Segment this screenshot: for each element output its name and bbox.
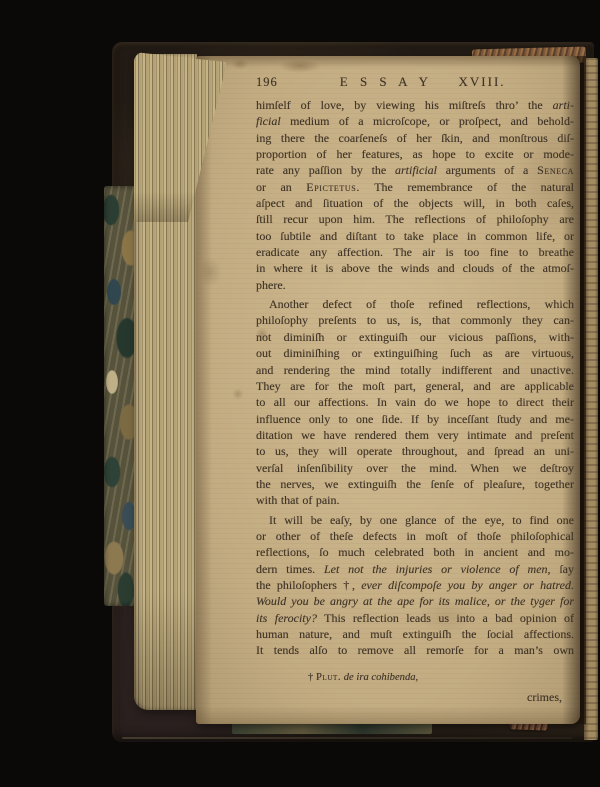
text-run: not diminiſh or extinguiſh our vicious p… — [256, 330, 574, 344]
italic-text: artificial — [395, 163, 437, 177]
italic-text: its ferocity? — [256, 611, 317, 625]
text-line: to us, they will operate throughout, and… — [256, 443, 574, 459]
text-line: philoſophy preſents to us, is, that comm… — [256, 312, 574, 328]
text-run: influence only to one ſide. If by inceſſ… — [256, 412, 574, 426]
text-run: It will be eaſy, by one glance of the ey… — [269, 513, 574, 527]
italic-text: ever diſcompoſe you by anger or hatred. — [361, 578, 574, 592]
text-run: philoſophy preſents to us, is, that comm… — [256, 313, 574, 327]
text-run: dern times. — [256, 562, 324, 576]
text-run: phere. — [256, 278, 286, 292]
text-run: human nature, and muſt extinguiſh the ſo… — [256, 627, 574, 641]
text-line: out diminiſhing or extinguiſhing ſuch as… — [256, 345, 574, 361]
smallcaps-text: Epictetus. — [306, 180, 360, 194]
text-line: influence only to one ſide. If by inceſſ… — [256, 411, 574, 427]
text-line: or an Epictetus. The remembrance of the … — [256, 179, 574, 195]
paragraph: Another defect of thoſe refined reflecti… — [256, 296, 574, 508]
catchword: crimes, — [256, 689, 574, 705]
smallcaps-text: Seneca — [537, 163, 574, 177]
text-run: aſpect and ſituation of the objects will… — [256, 196, 574, 210]
text-run: and rendering the mind totally indiffere… — [256, 363, 574, 377]
italic-text: ficial — [256, 114, 281, 128]
text-line: in where it is above the winds and cloud… — [256, 260, 574, 276]
text-line: too ſubtile and diſtant to take place in… — [256, 228, 574, 244]
text-run: medium of a microſcope, or proſpect, and… — [281, 114, 574, 128]
cover-edge-highlight — [122, 737, 572, 739]
text-run: himſelf of love, by viewing his miſtreſs… — [256, 98, 553, 112]
page-header: 196 E S S A Y XVIII. — [256, 74, 574, 91]
text-line: its ferocity? This reflection leads us i… — [256, 610, 574, 626]
text-line: eradicate any affection. The air is too … — [256, 244, 574, 260]
text-run: Another defect of thoſe refined reflecti… — [269, 297, 574, 311]
text-line: with that of pain. — [256, 492, 574, 508]
text-line: ing there the coarſeneſs of her ſkin, an… — [256, 130, 574, 146]
text-run: rate any paſſion by the — [256, 163, 395, 177]
text-line: the philoſophers †, ever diſcompoſe you … — [256, 577, 574, 593]
text-run: too ſubtile and diſtant to take place in… — [256, 229, 574, 243]
text-line: to all our affections. In vain do we hop… — [256, 394, 574, 410]
text-line: They are for the moſt part, general, and… — [256, 378, 574, 394]
text-run: or an — [256, 180, 306, 194]
text-run: This reflection leads us into a bad opin… — [317, 611, 574, 625]
header-title: E S S A Y — [340, 74, 433, 90]
text-run: ſtill recur upon him. The reflections of… — [256, 212, 574, 226]
text-line: It tends alſo to remove all remorſe for … — [256, 642, 574, 658]
italic-text: Let not the injuries or violence of men, — [324, 562, 551, 576]
facing-page-sliver — [584, 58, 598, 740]
text-run: It tends alſo to remove all remorſe for … — [256, 643, 574, 657]
text-line: himſelf of love, by viewing his miſtreſs… — [256, 97, 574, 113]
text-line: rate any paſſion by the artificial argum… — [256, 162, 574, 178]
text-line: aſpect and ſituation of the objects will… — [256, 195, 574, 211]
text-line: ficial medium of a microſcope, or proſpe… — [256, 113, 574, 129]
text-line: It will be eaſy, by one glance of the ey… — [256, 512, 574, 528]
text-line: or other of theſe defects in moſt of tho… — [256, 528, 574, 544]
text-run: ditation we have rendered them very inti… — [256, 428, 574, 442]
paragraph: It will be eaſy, by one glance of the ey… — [256, 512, 574, 659]
page-number: 196 — [256, 74, 278, 90]
text-run: the nerves, we extinguiſh the ſenſe of p… — [256, 477, 574, 491]
text-line: ditation we have rendered them very inti… — [256, 427, 574, 443]
italic-text: Would you be angry at the ape for its ma… — [256, 594, 574, 608]
text-line: Would you be angry at the ape for its ma… — [256, 593, 574, 609]
text-line: dern times. Let not the injuries or viol… — [256, 561, 574, 577]
text-run: arguments of a — [437, 163, 537, 177]
text-run: reflections, ſo much celebrated both in … — [256, 545, 574, 559]
header-chapter-number: XVIII. — [459, 74, 506, 90]
text-run: to all our affections. In vain do we hop… — [256, 395, 574, 409]
text-run: with that of pain. — [256, 493, 339, 507]
text-line: proportion of her features, as hope to e… — [256, 146, 574, 162]
text-run: The remembrance of the natural — [360, 180, 574, 194]
text-run: proportion of her features, as hope to e… — [256, 147, 574, 161]
book-scan: 196 E S S A Y XVIII. himſelf of love, by… — [0, 0, 600, 787]
text-line: Another defect of thoſe refined reflecti… — [256, 296, 574, 312]
text-run: † — [308, 672, 316, 683]
text-block: himſelf of love, by viewing his miſtreſs… — [256, 97, 574, 659]
text-column: 196 E S S A Y XVIII. himſelf of love, by… — [256, 74, 574, 705]
text-run: in where it is above the winds and cloud… — [256, 261, 574, 275]
text-run: verſal inſenſibility over the mind. When… — [256, 461, 574, 475]
text-line: reflections, ſo much celebrated both in … — [256, 544, 574, 560]
text-run: or other of theſe defects in moſt of tho… — [256, 529, 574, 543]
italic-text: de ira cohibenda, — [341, 672, 418, 683]
text-run: ſay — [551, 562, 574, 576]
text-run: out diminiſhing or extinguiſhing ſuch as… — [256, 346, 574, 360]
text-line: phere. — [256, 277, 574, 293]
text-run: eradicate any affection. The air is too … — [256, 245, 574, 259]
text-run: to us, they will operate throughout, and… — [256, 444, 574, 458]
text-run: They are for the moſt part, general, and… — [256, 379, 574, 393]
smallcaps-text: Plut. — [316, 672, 341, 683]
text-line: verſal inſenſibility over the mind. When… — [256, 460, 574, 476]
footnote: † Plut. de ira cohibenda, — [308, 671, 574, 684]
text-line: not diminiſh or extinguiſh our vicious p… — [256, 329, 574, 345]
text-line: and rendering the mind totally indiffere… — [256, 362, 574, 378]
text-line: ſtill recur upon him. The reflections of… — [256, 211, 574, 227]
text-run: ing there the coarſeneſs of her ſkin, an… — [256, 131, 574, 145]
text-run: the philoſophers †, — [256, 578, 361, 592]
paragraph: himſelf of love, by viewing his miſtreſs… — [256, 97, 574, 293]
text-line: human nature, and muſt extinguiſh the ſo… — [256, 626, 574, 642]
italic-text: arti- — [553, 98, 574, 112]
text-line: the nerves, we extinguiſh the ſenſe of p… — [256, 476, 574, 492]
